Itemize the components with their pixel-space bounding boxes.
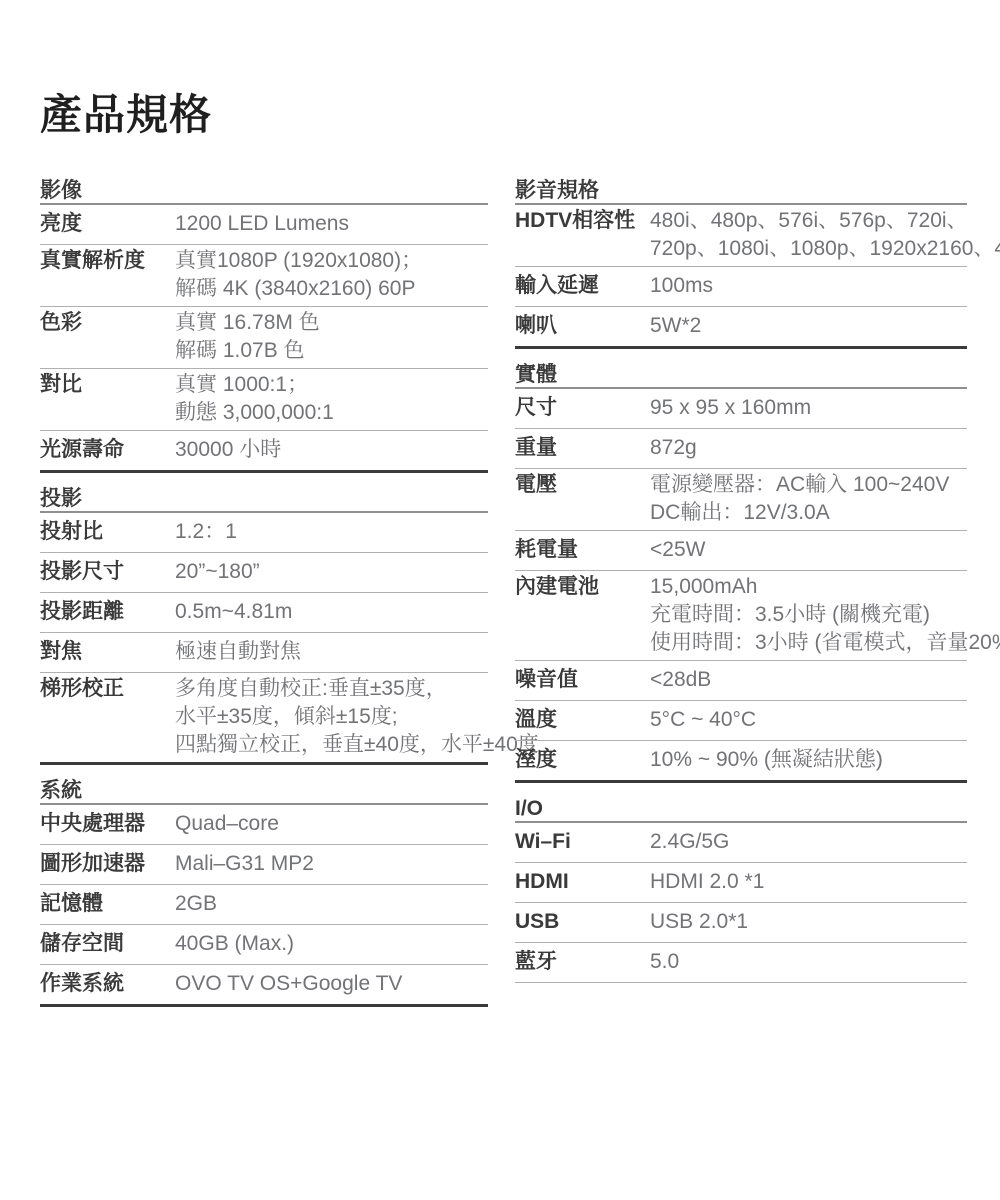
spec-value-line: 20”~180” [175, 558, 488, 586]
spec-value-line: 872g [650, 434, 967, 462]
spec-value: 極速自動對焦 [175, 638, 488, 666]
spec-label: 溼度 [515, 746, 650, 774]
spec-value-line: 充電時間：3.5小時 (關機充電) [650, 601, 1000, 629]
spec-value: 480i、480p、576i、576p、720i、720p、1080i、1080… [650, 207, 1000, 263]
spec-row: HDTV相容性480i、480p、576i、576p、720i、720p、108… [515, 205, 967, 266]
spec-value-line: 5W*2 [650, 312, 967, 340]
spec-label: 重量 [515, 434, 650, 462]
spec-value-line: 使用時間：3小時 (省電模式，音量20%) [650, 629, 1000, 657]
spec-row: 耗電量<25W [515, 530, 967, 570]
spec-value: 2GB [175, 890, 488, 918]
section-title: 影音規格 [515, 168, 967, 205]
spec-row: 輸入延遲100ms [515, 266, 967, 306]
spec-label: 圖形加速器 [40, 850, 175, 878]
spec-row: 噪音值<28dB [515, 660, 967, 700]
spec-value-line: <25W [650, 536, 967, 564]
spec-value-line: HDMI 2.0 *1 [650, 868, 967, 896]
spec-value-line: 1200 LED Lumens [175, 210, 488, 238]
spec-row: 圖形加速器Mali–G31 MP2 [40, 844, 488, 884]
spec-value-line: Mali–G31 MP2 [175, 850, 488, 878]
spec-row: 溼度10% ~ 90% (無凝結狀態) [515, 740, 967, 780]
spec-label: 喇叭 [515, 312, 650, 340]
spec-value: 15,000mAh充電時間：3.5小時 (關機充電)使用時間：3小時 (省電模式… [650, 573, 1000, 657]
spec-value-line: 1.2：1 [175, 518, 488, 546]
spec-label: 尺寸 [515, 394, 650, 422]
spec-section: 實體尺寸95 x 95 x 160mm重量872g電壓電源變壓器：AC輸入 10… [515, 349, 967, 783]
spec-value-line: 解碼 4K (3840x2160) 60P [175, 275, 488, 303]
spec-value-line: 5.0 [650, 948, 967, 976]
spec-label: 儲存空間 [40, 930, 175, 958]
spec-value: Mali–G31 MP2 [175, 850, 488, 878]
spec-label: 藍牙 [515, 948, 650, 976]
spec-label: 真實解析度 [40, 247, 175, 275]
spec-label: 投影尺寸 [40, 558, 175, 586]
spec-row: 電壓電源變壓器：AC輸入 100~240VDC輸出：12V/3.0A [515, 468, 967, 530]
spec-value: 真實1080P (1920x1080)；解碼 4K (3840x2160) 60… [175, 247, 488, 303]
spec-row: 喇叭5W*2 [515, 306, 967, 346]
spec-row: 尺寸95 x 95 x 160mm [515, 389, 967, 428]
spec-value: 多角度自動校正:垂直±35度，水平±35度，傾斜±15度;四點獨立校正，垂直±4… [175, 675, 539, 759]
spec-label: 對比 [40, 371, 175, 399]
spec-value-line: OVO TV OS+Google TV [175, 970, 488, 998]
spec-value-line: 40GB (Max.) [175, 930, 488, 958]
spec-value-line: Quad–core [175, 810, 488, 838]
spec-label: Wi–Fi [515, 828, 650, 856]
spec-row: 儲存空間40GB (Max.) [40, 924, 488, 964]
spec-value: 1.2：1 [175, 518, 488, 546]
spec-label: 色彩 [40, 309, 175, 337]
spec-row: 記憶體2GB [40, 884, 488, 924]
spec-label: 耗電量 [515, 536, 650, 564]
spec-section: 影音規格HDTV相容性480i、480p、576i、576p、720i、720p… [515, 168, 967, 349]
spec-label: 光源壽命 [40, 436, 175, 464]
spec-label: 記憶體 [40, 890, 175, 918]
spec-row: 投射比1.2：1 [40, 513, 488, 552]
spec-value: 真實 16.78M 色解碼 1.07B 色 [175, 309, 488, 365]
spec-value: HDMI 2.0 *1 [650, 868, 967, 896]
spec-row: 中央處理器Quad–core [40, 805, 488, 844]
spec-value-line: 15,000mAh [650, 573, 1000, 601]
spec-row: 作業系統OVO TV OS+Google TV [40, 964, 488, 1004]
section-title: I/O [515, 783, 967, 823]
spec-row: USBUSB 2.0*1 [515, 902, 967, 942]
spec-label: 作業系統 [40, 970, 175, 998]
spec-value-line: 真實 1000:1； [175, 371, 488, 399]
spec-row: 溫度5°C ~ 40°C [515, 700, 967, 740]
spec-section: I/OWi–Fi2.4G/5GHDMIHDMI 2.0 *1USBUSB 2.0… [515, 783, 967, 983]
spec-section: 投影投射比1.2：1投影尺寸20”~180”投影距離0.5m~4.81m對焦極速… [40, 473, 488, 765]
spec-value: 2.4G/5G [650, 828, 967, 856]
spec-value-line: 真實1080P (1920x1080)； [175, 247, 488, 275]
spec-value: 20”~180” [175, 558, 488, 586]
spec-value-line: 極速自動對焦 [175, 638, 488, 666]
spec-label: HDMI [515, 868, 650, 896]
section-title: 影像 [40, 168, 488, 205]
spec-value: USB 2.0*1 [650, 908, 967, 936]
spec-page: 產品規格 影像亮度1200 LED Lumens真實解析度真實1080P (19… [0, 0, 1000, 1200]
spec-value: 40GB (Max.) [175, 930, 488, 958]
spec-row: 內建電池15,000mAh充電時間：3.5小時 (關機充電)使用時間：3小時 (… [515, 570, 967, 660]
spec-value: 0.5m~4.81m [175, 598, 488, 626]
section-title: 系統 [40, 765, 488, 805]
spec-table-left: 影像亮度1200 LED Lumens真實解析度真實1080P (1920x10… [40, 168, 488, 1007]
spec-value-line: DC輸出：12V/3.0A [650, 499, 967, 527]
spec-row: 對比真實 1000:1；動態 3,000,000:1 [40, 368, 488, 430]
spec-row: 光源壽命30000 小時 [40, 430, 488, 470]
spec-value-line: <28dB [650, 666, 967, 694]
section-title: 投影 [40, 473, 488, 513]
spec-label: USB [515, 908, 650, 936]
spec-label: 輸入延遲 [515, 272, 650, 300]
spec-value: 5W*2 [650, 312, 967, 340]
spec-value-line: 10% ~ 90% (無凝結狀態) [650, 746, 967, 774]
spec-value-line: 720p、1080i、1080p、1920x2160、4K [650, 235, 1000, 263]
spec-row: 藍牙5.0 [515, 942, 967, 982]
spec-value: 872g [650, 434, 967, 462]
section-title: 實體 [515, 349, 967, 389]
spec-value-line: 480i、480p、576i、576p、720i、 [650, 207, 1000, 235]
spec-row: Wi–Fi2.4G/5G [515, 823, 967, 862]
spec-value-line: 5°C ~ 40°C [650, 706, 967, 734]
spec-value: 10% ~ 90% (無凝結狀態) [650, 746, 967, 774]
spec-value-line: 30000 小時 [175, 436, 488, 464]
spec-label: 溫度 [515, 706, 650, 734]
spec-value: 5°C ~ 40°C [650, 706, 967, 734]
spec-label: 投影距離 [40, 598, 175, 626]
spec-row: HDMIHDMI 2.0 *1 [515, 862, 967, 902]
spec-table-right: 影音規格HDTV相容性480i、480p、576i、576p、720i、720p… [515, 168, 967, 983]
spec-value: 5.0 [650, 948, 967, 976]
spec-label: HDTV相容性 [515, 207, 650, 235]
spec-value-line: 0.5m~4.81m [175, 598, 488, 626]
spec-value-line: 動態 3,000,000:1 [175, 399, 488, 427]
spec-value-line: USB 2.0*1 [650, 908, 967, 936]
spec-value-line: 100ms [650, 272, 967, 300]
spec-label: 對焦 [40, 638, 175, 666]
spec-value: 30000 小時 [175, 436, 488, 464]
spec-value-line: 多角度自動校正:垂直±35度， [175, 675, 539, 703]
spec-row: 投影尺寸20”~180” [40, 552, 488, 592]
spec-value: 100ms [650, 272, 967, 300]
spec-section: 系統中央處理器Quad–core圖形加速器Mali–G31 MP2記憶體2GB儲… [40, 765, 488, 1007]
spec-row: 梯形校正多角度自動校正:垂直±35度，水平±35度，傾斜±15度;四點獨立校正，… [40, 672, 488, 762]
spec-label: 投射比 [40, 518, 175, 546]
spec-value: <25W [650, 536, 967, 564]
spec-value-line: 2GB [175, 890, 488, 918]
spec-value: 1200 LED Lumens [175, 210, 488, 238]
spec-value: <28dB [650, 666, 967, 694]
spec-value-line: 2.4G/5G [650, 828, 967, 856]
spec-row: 亮度1200 LED Lumens [40, 205, 488, 244]
spec-value-line: 四點獨立校正，垂直±40度，水平±40度 [175, 731, 539, 759]
spec-row: 重量872g [515, 428, 967, 468]
spec-label: 電壓 [515, 471, 650, 499]
spec-row: 對焦極速自動對焦 [40, 632, 488, 672]
spec-row: 真實解析度真實1080P (1920x1080)；解碼 4K (3840x216… [40, 244, 488, 306]
spec-value: Quad–core [175, 810, 488, 838]
spec-value: 95 x 95 x 160mm [650, 394, 967, 422]
spec-section: 影像亮度1200 LED Lumens真實解析度真實1080P (1920x10… [40, 168, 488, 473]
spec-value-line: 水平±35度，傾斜±15度; [175, 703, 539, 731]
spec-value: 真實 1000:1；動態 3,000,000:1 [175, 371, 488, 427]
spec-row: 投影距離0.5m~4.81m [40, 592, 488, 632]
spec-label: 中央處理器 [40, 810, 175, 838]
spec-row: 色彩真實 16.78M 色解碼 1.07B 色 [40, 306, 488, 368]
spec-value-line: 電源變壓器：AC輸入 100~240V [650, 471, 967, 499]
spec-label: 梯形校正 [40, 675, 175, 703]
spec-value-line: 95 x 95 x 160mm [650, 394, 967, 422]
page-title: 產品規格 [40, 92, 212, 138]
spec-label: 亮度 [40, 210, 175, 238]
spec-label: 噪音值 [515, 666, 650, 694]
spec-value: OVO TV OS+Google TV [175, 970, 488, 998]
spec-value-line: 真實 16.78M 色 [175, 309, 488, 337]
spec-value-line: 解碼 1.07B 色 [175, 337, 488, 365]
spec-label: 內建電池 [515, 573, 650, 601]
spec-value: 電源變壓器：AC輸入 100~240VDC輸出：12V/3.0A [650, 471, 967, 527]
